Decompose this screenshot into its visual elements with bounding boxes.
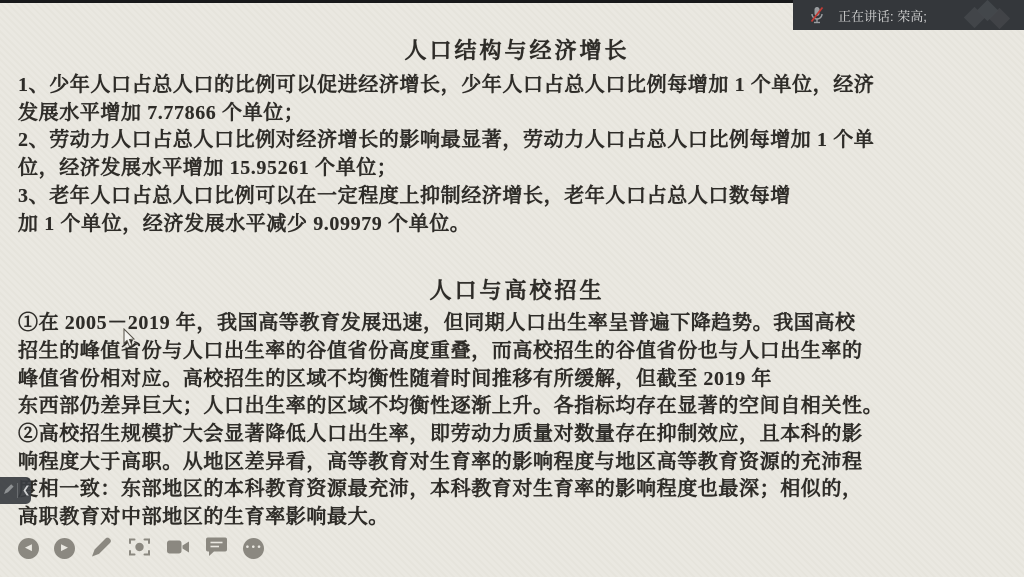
mouse-cursor	[122, 328, 136, 348]
laser-pointer-button[interactable]	[128, 536, 151, 561]
camera-button[interactable]	[166, 537, 190, 560]
annotation-panel-collapse-tab[interactable]: ❮	[0, 477, 31, 504]
document-text-line: 3、老年人口占总人口比例可以在一定程度上抑制经济增长，老年人口占总人口数每增	[18, 183, 1016, 211]
speaking-status-label: 正在讲话: 荣高;	[838, 6, 927, 25]
document-text-line: 响程度大于高职。从地区差异看，高等教育对生育率的影响程度与地区高等教育资源的充沛…	[18, 449, 1016, 477]
document-text-line: 位，经济发展水平增加 15.95261 个单位；	[18, 155, 1016, 183]
pencil-mini-icon	[3, 483, 14, 498]
meeting-logo-watermark	[964, 2, 1016, 30]
previous-page-button[interactable]: ◀	[18, 538, 39, 559]
chat-icon	[205, 536, 228, 560]
document-text-line: 加 1 个单位，经济发展水平减少 9.09979 个单位。	[18, 211, 1016, 239]
chat-button[interactable]	[205, 536, 228, 560]
document-text-line: 发展水平增加 7.77866 个单位；	[18, 100, 1016, 128]
document-text-line: 招生的峰值省份与人口出生率的谷值省份高度重叠，而高校招生的谷值省份也与人口出生率…	[18, 338, 1016, 366]
document-text-line: ②高校招生规模扩大会显著降低人口出生率，即劳动力质量对数量存在抑制效应，且本科的…	[18, 421, 1016, 449]
previous-icon: ◀	[25, 544, 32, 553]
camera-icon	[166, 537, 190, 560]
document-text-line: 2、劳动力人口占总人口比例对经济增长的影响最显著，劳动力人口占总人口比例每增加 …	[18, 127, 1016, 155]
chevron-left-icon: ❮	[22, 485, 30, 496]
more-options-icon: •••	[245, 544, 262, 553]
laser-pointer-icon	[128, 536, 151, 561]
shared-document: 人口结构与经济增长 1、少年人口占总人口的比例可以促进经济增长，少年人口占总人口…	[18, 38, 1016, 532]
document-text-line: ①在 2005－2019 年，我国高等教育发展迅速，但同期人口出生率呈普遍下降趋…	[18, 310, 1016, 338]
next-page-button[interactable]: ▶	[54, 538, 75, 559]
meeting-status-bar: 正在讲话: 荣高;	[793, 0, 1024, 30]
tab-divider	[17, 483, 18, 498]
annotation-toolbar: ◀ ▶	[18, 535, 264, 561]
document-text-line: 峰值省份相对应。高校招生的区域不均衡性随着时间推移有所缓解，但截至 2019 年	[18, 366, 1016, 394]
next-icon: ▶	[61, 544, 68, 553]
pencil-tool-button[interactable]	[90, 536, 113, 561]
section-title-population-enrollment: 人口与高校招生	[18, 278, 1016, 304]
microphone-muted-icon	[809, 6, 825, 24]
document-text-line: 1、少年人口占总人口的比例可以促进经济增长，少年人口占总人口比例每增加 1 个单…	[18, 72, 1016, 100]
document-text-line: 度相一致：东部地区的本科教育资源最充沛，本科教育对生育率的影响程度也最深；相似的…	[18, 476, 1016, 504]
more-options-button[interactable]: •••	[243, 538, 264, 559]
pencil-icon	[90, 536, 113, 561]
document-text-line: 高职教育对中部地区的生育率影响最大。	[18, 504, 1016, 532]
section-title-population-economy: 人口结构与经济增长	[18, 38, 1016, 64]
document-text-line: 东西部仍差异巨大；人口出生率的区域不均衡性逐渐上升。各指标均存在显著的空间自相关…	[18, 393, 1016, 421]
